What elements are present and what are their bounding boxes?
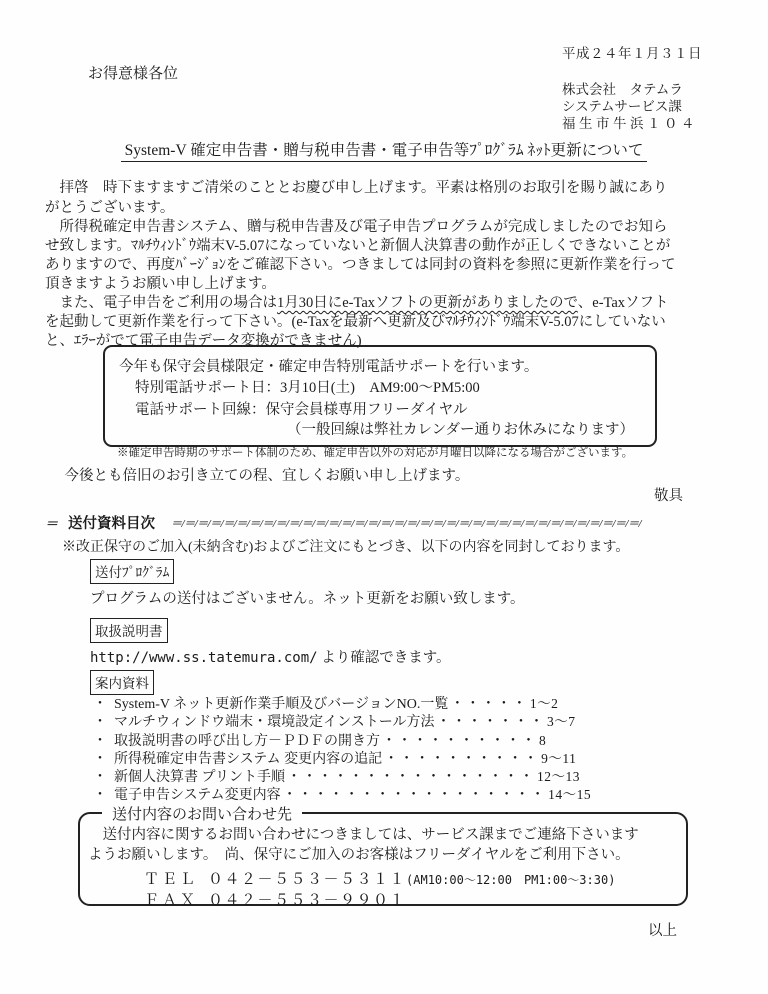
end-mark: 以上 [648,919,677,940]
section-label-program-text: 送付ﾌﾟﾛｸﾞﾗﾑ [90,559,174,584]
company-address: 福生市牛浜１０４ [562,115,698,132]
document-title-text: System-V 確定申告書・贈与税申告書・電子申告等ﾌﾟﾛｸﾞﾗﾑ ﾈｯﾄ更新… [121,142,648,162]
toc-item-pages: 14～15 [548,787,591,802]
dot-leader: ・・・・・ [450,697,528,712]
bullet-icon: ・ [93,770,107,785]
toc-item-pages: 8 [539,733,546,748]
dot-leader: ・・・・・・・・・・・・・・・・・ [283,788,547,803]
toc-item-pages: 9～11 [541,751,576,766]
toc-item-pages: 12～13 [537,769,580,784]
toc-item: ・新個人決算書 プリント手順・・・・・・・・・・・・・・・・12～13 [93,768,591,786]
toc-item: ・マルチウィンドウ端末・環境設定インストール方法・・・・・・・3～7 [93,713,591,731]
dot-leader: ・・・・・・・・・・ [382,734,537,749]
paragraph-line: 頂きますようお願い申し上げます。 [45,275,735,294]
fax-number: ０４２－５５３－９９０１ [208,893,406,909]
tel-label: ＴＥＬ [144,872,198,888]
bullet-icon: ・ [93,697,107,712]
etax-update-emphasis: 1月30日にe-Taxソフトの更新がありましたので [277,295,578,311]
etax-line-pre: また、電子申告をご利用の場合は [45,295,277,311]
contact-box: 送付内容のお問い合わせ先 送付内容に関するお問い合わせにつきましては、サービス課… [78,812,688,906]
support-footnote: ※確定申告時期のサポート体制のため、確定申告以外の対応が月曜日以降になる場合がご… [117,444,649,460]
paragraph-line: ありますので、再度ﾊﾞｰｼﾞｮﾝをご確認下さい。つきましては同封の資料を参照に更… [45,256,735,275]
paragraph-notice: 所得税確定申告書システム、贈与税申告書及び電子申告プログラムが完成しましたのでお… [45,218,735,294]
section-label-guide-text: 案内資料 [90,670,154,695]
support-holiday-note: （一般回線は弊社カレンダー通りお休みになります） [287,421,649,440]
department: システムサービス課 [562,98,698,115]
document-page: 平成２４年１月３１日 お得意様各位 株式会社 タテムラ システムサービス課 福生… [0,0,768,994]
toc-divider-pattern-icon: ＝/＝/＝/＝/＝/＝/＝/＝/＝/＝/＝/＝/＝/＝/＝/＝/＝/＝/＝/＝/… [171,515,737,531]
document-title: System-V 確定申告書・贈与税申告書・電子申告等ﾌﾟﾛｸﾞﾗﾑ ﾈｯﾄ更新… [0,138,768,160]
toc-item-text: 新個人決算書 プリント手順 [114,770,285,785]
contact-fax: ＦＡＸ０４２－５５３－９９０１ [144,889,680,910]
toc-item-text: 所得税確定申告書システム 変更内容の追記 [114,752,382,767]
section-label-guide: 案内資料 [90,670,154,695]
support-line-line: 電話サポート回線：保守会員様専用フリーダイヤル [135,401,649,420]
paragraph-greeting: 拝啓 時下ますますご清栄のこととお慶び申し上げます。平素は格別のお取引を賜り誠に… [45,178,735,218]
toc-item: ・所得税確定申告書システム 変更内容の追記・・・・・・・・・・9～11 [93,750,591,768]
sender-block: 株式会社 タテムラ システムサービス課 福生市牛浜１０４ [562,81,698,132]
closing-salutation: 敬具 [654,484,683,505]
bullet-icon: ・ [93,734,107,749]
paragraph-line: 所得税確定申告書システム、贈与税申告書及び電子申告プログラムが完成しましたのでお… [45,218,735,237]
fax-label: ＦＡＸ [144,893,198,909]
company-name: 株式会社 タテムラ [562,81,698,98]
bullet-icon: ・ [93,788,107,803]
contact-line: ようお願いします。 尚、保守にご加入のお客様はフリーダイヤルをご利用下さい。 [88,845,680,865]
manual-url-suffix: より確認できます。 [318,650,451,666]
dot-leader: ・・・・・・・・・・ [384,752,539,767]
tel-hours: (AM10:00～12:00 PM1:00～3:30) [406,873,615,887]
paragraph-line: を起動して更新作業を行って下さい。(e-Taxを最新へ更新及びﾏﾙﾁｳｨﾝﾄﾞｳ… [45,313,735,332]
toc-item-text: マルチウィンドウ端末・環境設定インストール方法 [114,715,434,730]
closing-sentence: 今後とも倍旧のお引き立ての程、宜しくお願い申し上げます。 [50,464,469,485]
toc-item: ・取扱説明書の呼び出し方－ＰＤＦの開き方・・・・・・・・・・8 [93,732,591,750]
paragraph-line: せ致します。ﾏﾙﾁｳｨﾝﾄﾞｳ端末V-5.07になっていないと新個人決算書の動作… [45,237,735,256]
support-date-line: 特別電話サポート日：3月10日(土) AM9:00～PM5:00 [135,379,649,398]
dot-leader: ・・・・・・・・・・・・・・・・ [287,770,535,785]
paragraph-line: 拝啓 時下ますますご清栄のこととお慶び申し上げます。平素は格別のお取引を賜り誠に… [45,178,735,198]
toc-marker-icon: ＝ [45,513,58,532]
paragraph-etax: また、電子申告をご利用の場合は1月30日にe-Taxソフトの更新がありましたので… [45,294,735,351]
support-heading: 今年も保守会員様限定・確定申告特別電話サポートを行います。 [119,355,649,376]
dot-leader: ・・・・・・・ [436,715,545,730]
section-manual-text: http://www.ss.tatemura.com/ より確認できます。 [90,646,451,667]
manual-url: http://www.ss.tatemura.com/ [90,650,318,666]
toc-note: ※改正保守のご加入(未納含む)およびご注文にもとづき、以下の内容を同封しておりま… [62,536,629,556]
contact-box-legend: 送付内容のお問い合わせ先 [102,803,302,824]
tel-number: ０４２－５５３－５３１１ [208,872,406,888]
etax-line-post: 、e-Taxソフト [578,295,669,311]
toc-item-pages: 3～7 [547,714,576,729]
bullet-icon: ・ [93,752,107,767]
toc-item-text: 取扱説明書の呼び出し方－ＰＤＦの開き方 [114,734,380,749]
paragraph-line: がとうございます。 [45,198,735,218]
toc-list: ・System-V ネット更新作業手順及びバージョンNO.一覧・・・・・1～2 … [93,695,591,805]
toc-heading: 送付資料目次 [68,512,155,533]
phone-support-box: 今年も保守会員様限定・確定申告特別電話サポートを行います。 特別電話サポート日：… [103,345,657,447]
toc-item-text: System-V ネット更新作業手順及びバージョンNO.一覧 [114,697,448,712]
toc-header: ＝ 送付資料目次 ＝/＝/＝/＝/＝/＝/＝/＝/＝/＝/＝/＝/＝/＝/＝/＝… [45,512,737,533]
toc-item-text: 電子申告システム変更内容 [114,788,281,803]
bullet-icon: ・ [93,715,107,730]
section-program-text: プログラムの送付はございません。ネット更新をお願い致します。 [90,587,525,608]
paragraph-line: また、電子申告をご利用の場合は1月30日にe-Taxソフトの更新がありましたので… [45,294,735,313]
toc-item-pages: 1～2 [530,696,559,711]
section-label-manual: 取扱説明書 [90,618,168,643]
recipient: お得意様各位 [88,62,178,83]
contact-tel: ＴＥＬ０４２－５５３－５３１１(AM10:00～12:00 PM1:00～3:3… [144,868,680,889]
document-date: 平成２４年１月３１日 [562,42,702,62]
section-label-program: 送付ﾌﾟﾛｸﾞﾗﾑ [90,559,174,584]
section-label-manual-text: 取扱説明書 [90,618,168,643]
toc-item: ・System-V ネット更新作業手順及びバージョンNO.一覧・・・・・1～2 [93,695,591,713]
contact-line: 送付内容に関するお問い合わせにつきましては、サービス課までご連絡下さいます [88,825,680,845]
